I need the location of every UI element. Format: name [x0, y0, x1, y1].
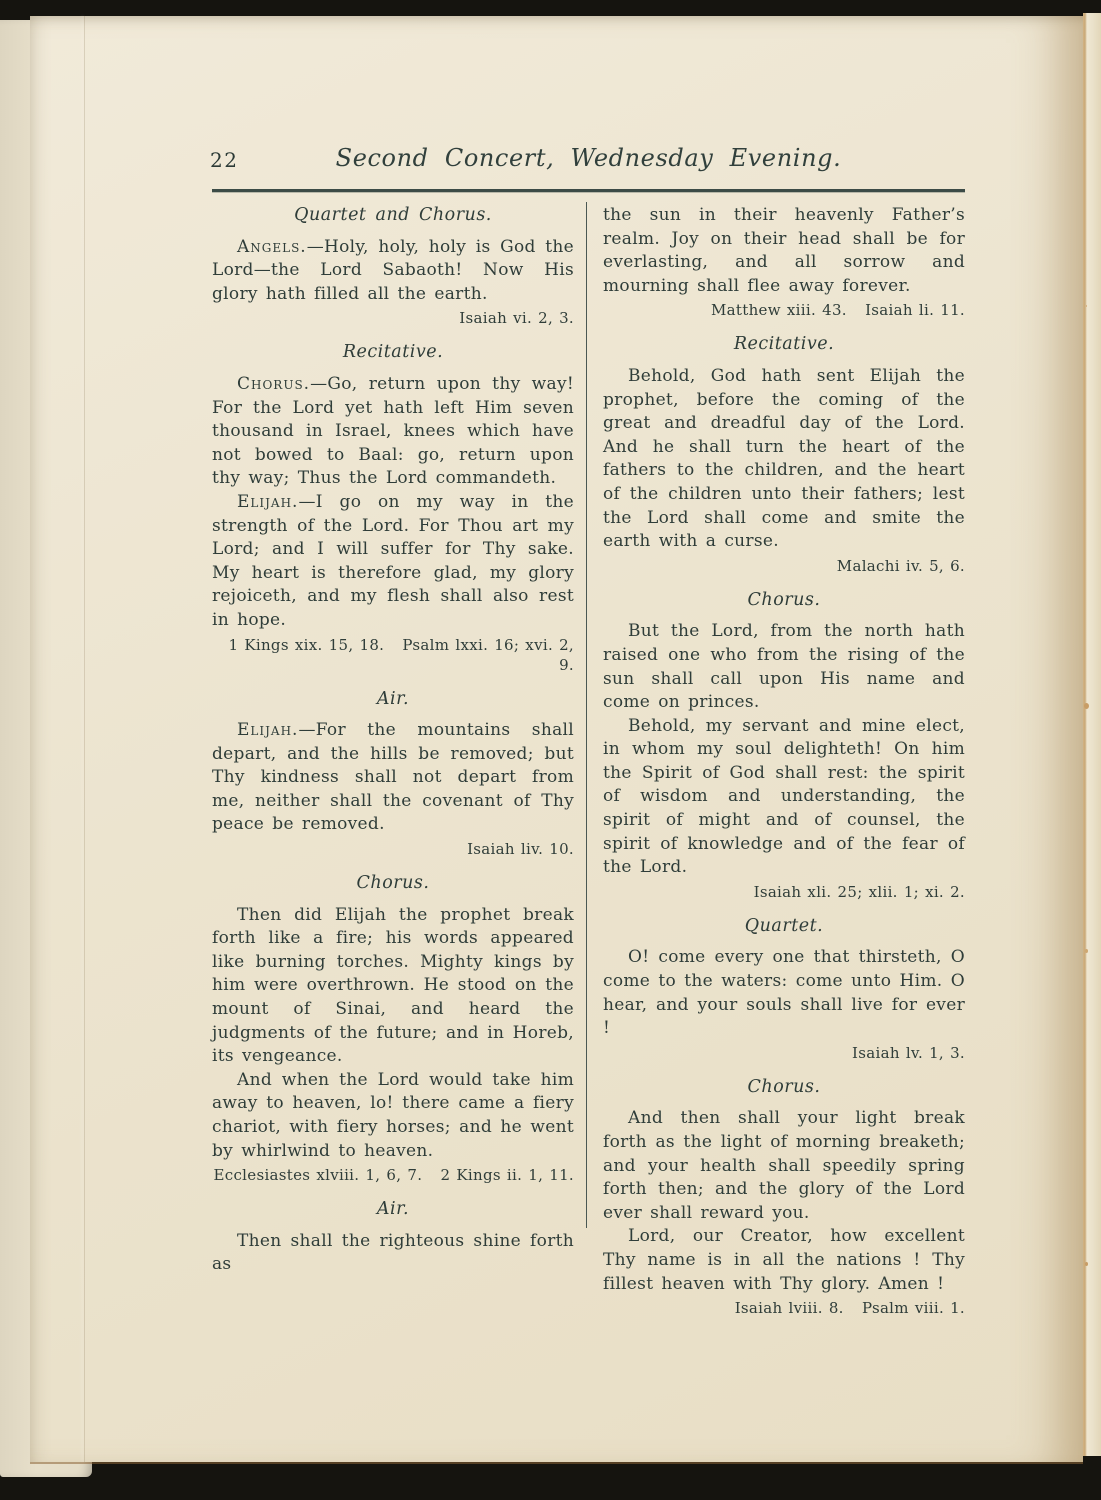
scanned-page: 22 Second Concert, Wednesday Evening. Qu… [30, 16, 1083, 1462]
section-heading: Chorus. [603, 1076, 965, 1100]
speaker-name: Chorus. [237, 374, 310, 394]
libretto-paragraph: Elijah.—I go on my way in the strength o… [212, 491, 574, 633]
page-content: 22 Second Concert, Wednesday Evening. Qu… [212, 140, 965, 1319]
section-heading: Recitative. [603, 333, 965, 357]
libretto-paragraph: Elijah.—For the mountains shall depart, … [212, 719, 574, 837]
libretto-paragraph: Behold, God hath sent Elijah the prophet… [603, 365, 965, 554]
scripture-citation: Isaiah lviii. 8. Psalm viii. 1. [603, 1298, 965, 1318]
section-heading: Air. [212, 688, 574, 712]
libretto-paragraph: And then shall your light break forth as… [603, 1107, 965, 1225]
libretto-paragraph: Then shall the righteous shine forth as [212, 1230, 574, 1277]
libretto-paragraph: And when the Lord would take him away to… [212, 1069, 574, 1163]
page-number: 22 [210, 148, 238, 172]
section-heading: Chorus. [603, 589, 965, 613]
paragraph-text: —I go on my way in the strength of the L… [212, 492, 574, 630]
section-heading: Quartet. [603, 915, 965, 939]
section-heading: Recitative. [212, 341, 574, 365]
scripture-citation: Ecclesiastes xlviii. 1, 6, 7. 2 Kings ii… [212, 1165, 574, 1185]
running-title: Second Concert, Wednesday Evening. [212, 140, 965, 172]
speaker-name: Elijah. [237, 492, 298, 512]
section-heading: Quartet and Chorus. [212, 204, 574, 228]
scripture-citation: Matthew xiii. 43. Isaiah li. 11. [603, 300, 965, 320]
column-divider [586, 202, 587, 1228]
scripture-citation: 1 Kings xix. 15, 18. Psalm lxxi. 16; xvi… [212, 635, 574, 675]
header-rule [212, 189, 965, 192]
section-heading: Air. [212, 1198, 574, 1222]
scripture-citation: Isaiah lv. 1, 3. [603, 1043, 965, 1063]
section-heading: Chorus. [212, 872, 574, 896]
libretto-paragraph: Lord, our Creator, how excellent Thy nam… [603, 1225, 965, 1296]
scripture-citation: Isaiah xli. 25; xlii. 1; xi. 2. [603, 882, 965, 902]
libretto-paragraph: O! come every one that thirsteth, O come… [603, 946, 965, 1040]
speaker-name: Angels. [237, 237, 307, 257]
libretto-paragraph: Behold, my servant and mine elect, in wh… [603, 715, 965, 880]
libretto-paragraph: the sun in their heavenly Father’s realm… [603, 204, 965, 298]
speaker-name: Elijah. [237, 720, 298, 740]
scripture-citation: Malachi iv. 5, 6. [603, 556, 965, 576]
book-fore-edge [1083, 13, 1101, 1456]
right-column: the sun in their heavenly Father’s realm… [603, 200, 965, 1319]
libretto-paragraph: Angels.—Holy, holy, holy is God the Lord… [212, 236, 574, 307]
libretto-paragraph: But the Lord, from the north hath raised… [603, 620, 965, 714]
scanned-book-photo: { "colors": { "paper": "#ece4cf", "ink":… [0, 0, 1101, 1500]
page-header: 22 Second Concert, Wednesday Evening. [212, 140, 965, 180]
text-columns: Quartet and Chorus. Angels.—Holy, holy, … [212, 200, 965, 1319]
scripture-citation: Isaiah liv. 10. [212, 839, 574, 859]
libretto-paragraph: Then did Elijah the prophet break forth … [212, 904, 574, 1069]
libretto-paragraph: Chorus.—Go, return upon thy way! For the… [212, 373, 574, 491]
left-column: Quartet and Chorus. Angels.—Holy, holy, … [212, 200, 574, 1319]
scripture-citation: Isaiah vi. 2, 3. [212, 308, 574, 328]
